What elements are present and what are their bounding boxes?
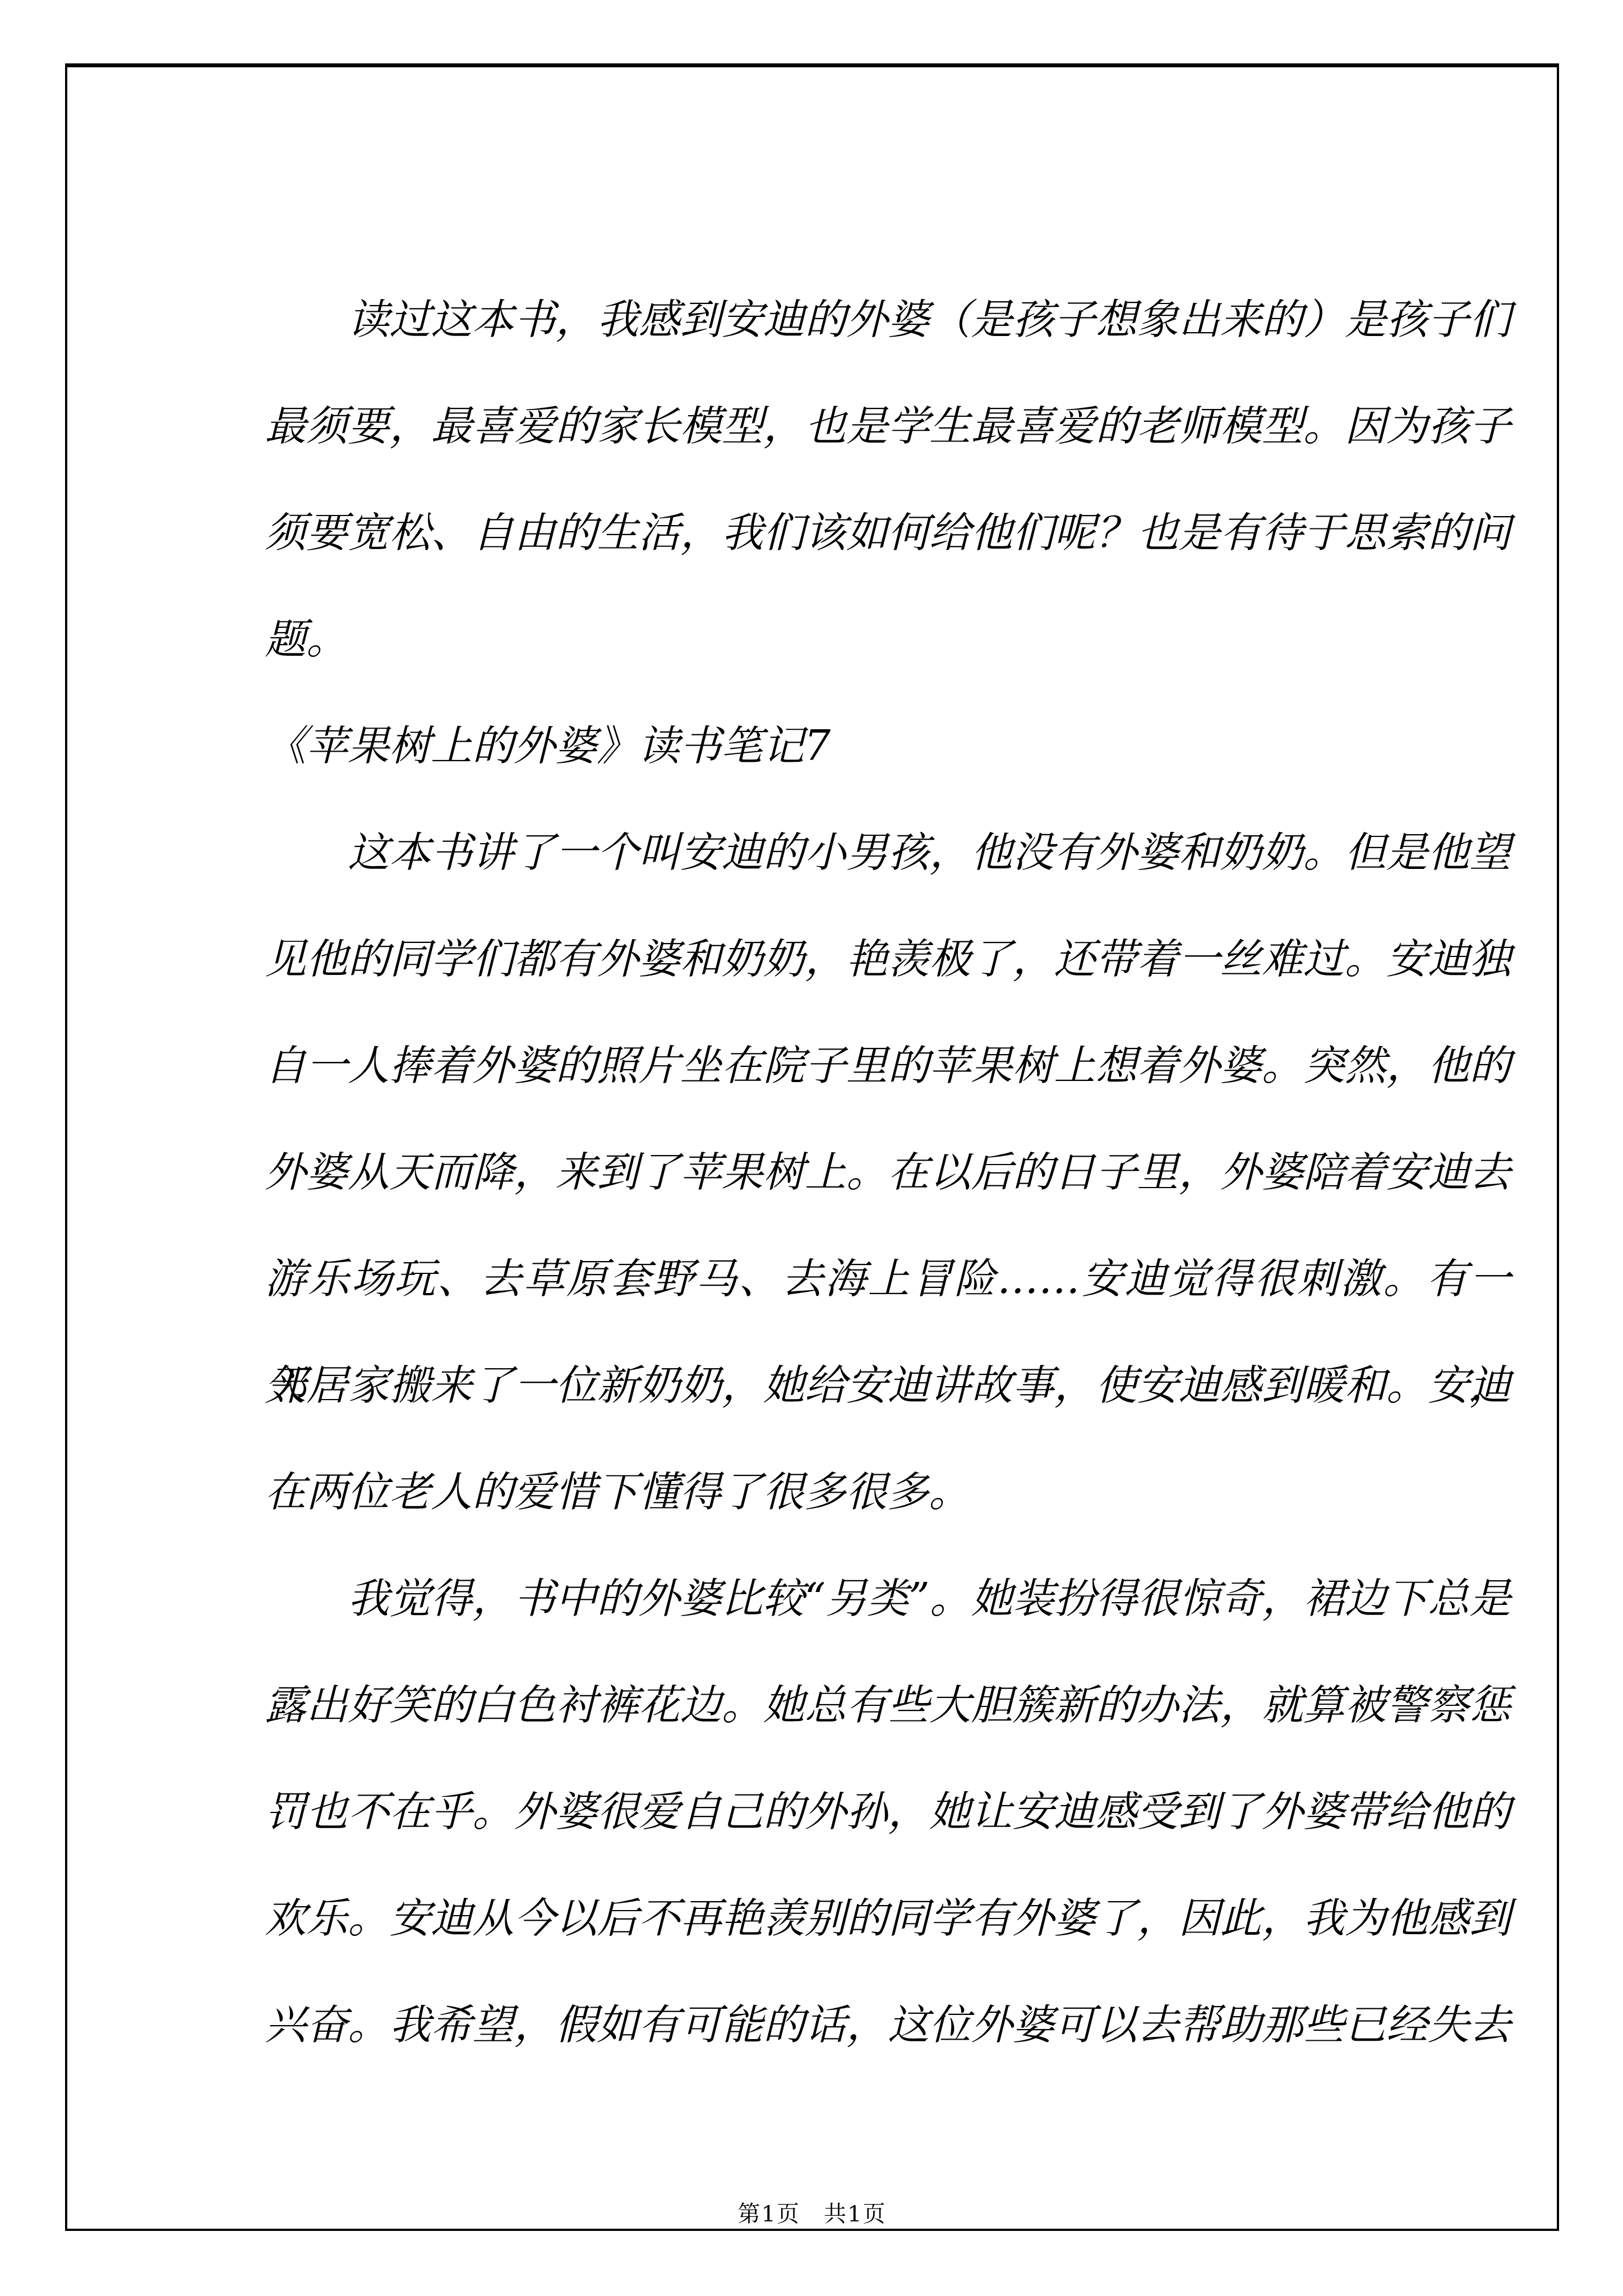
text-line: 这本书讲了一个叫安迪的小男孩，他没有外婆和奶奶。但是他望	[265, 799, 1511, 906]
page-footer: 第1页 共1页	[67, 2196, 1557, 2228]
section-heading-line: 《苹果树上的外婆》读书笔记7	[265, 693, 1511, 799]
text-line: 须要宽松、自由的生活，我们该如何给他们呢？也是有待于思索的问	[265, 480, 1511, 586]
text-line: 自一人捧着外婆的照片坐在院子里的苹果树上想着外婆。突然，他的	[265, 1013, 1511, 1119]
text-line: 邻居家搬来了一位新奶奶，她给安迪讲故事，使安迪感到暖和。安迪	[265, 1332, 1511, 1439]
text-line: 我觉得，书中的外婆比较“另类”。她装扮得很惊奇，裙边下总是	[265, 1545, 1511, 1652]
text-line: 游乐场玩、去草原套野马、去海上冒险……安迪觉得很刺激。有一天，	[265, 1226, 1511, 1332]
text-body: 读过这本书，我感到安迪的外婆（是孩子想象出来的）是孩子们 最须要，最喜爱的家长模…	[265, 266, 1511, 2078]
text-line: 最须要，最喜爱的家长模型，也是学生最喜爱的老师模型。因为孩子	[265, 373, 1511, 480]
text-line: 欢乐。安迪从今以后不再艳羡别的同学有外婆了，因此，我为他感到	[265, 1865, 1511, 1972]
text-line: 读过这本书，我感到安迪的外婆（是孩子想象出来的）是孩子们	[265, 266, 1511, 373]
text-line: 题。	[265, 586, 1511, 693]
text-line: 见他的同学们都有外婆和奶奶，艳羡极了，还带着一丝难过。安迪独	[265, 906, 1511, 1013]
text-line: 罚也不在乎。外婆很爱自己的外孙，她让安迪感受到了外婆带给他的	[265, 1759, 1511, 1865]
page-border-frame: 读过这本书，我感到安迪的外婆（是孩子想象出来的）是孩子们 最须要，最喜爱的家长模…	[65, 63, 1559, 2231]
text-line: 兴奋。我希望，假如有可能的话，这位外婆可以去帮助那些已经失去	[265, 1972, 1511, 2078]
document-page: 读过这本书，我感到安迪的外婆（是孩子想象出来的）是孩子们 最须要，最喜爱的家长模…	[0, 0, 1623, 2296]
text-line: 外婆从天而降，来到了苹果树上。在以后的日子里，外婆陪着安迪去	[265, 1119, 1511, 1226]
text-line: 在两位老人的爱惜下懂得了很多很多。	[265, 1439, 1511, 1545]
text-line: 露出好笑的白色衬裤花边。她总有些大胆簇新的办法，就算被警察惩	[265, 1652, 1511, 1759]
